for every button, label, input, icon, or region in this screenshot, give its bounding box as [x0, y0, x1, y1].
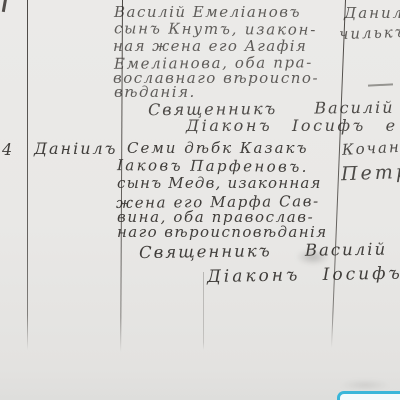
edge-ink-mark: [2, 0, 7, 12]
record2-priest-signature: Священникъ Василій О: [139, 239, 400, 262]
record2-witness-line: Петр: [341, 161, 400, 185]
record1-parents-line: ная жена его Агафія: [113, 37, 307, 55]
record2-deacon-signature: Діаконъ Іосифъ е: [207, 263, 400, 287]
record2-parents-line: Семи дѣбк Казакъ: [127, 139, 308, 157]
record2-child-name: Даніилъ: [34, 139, 117, 158]
record2-entry-number: 4: [2, 140, 12, 159]
record1-witness-line: Данил: [344, 4, 400, 22]
record2-witness-line: Кочанъ: [342, 137, 400, 159]
record2-parents-line: наго вѣроисповѣданія: [117, 223, 328, 241]
viewer-corner-button[interactable]: [337, 391, 400, 400]
record1-witness-line: чилькъ: [339, 23, 400, 43]
scanned-register-page: Василій Емеліановъ сынъ Кнутъ, изакон- н…: [0, 0, 400, 400]
table-column-rule-faint-middle: [203, 272, 204, 350]
ditto-dash-mark: [368, 83, 393, 86]
record2-parents-line: Іаковъ Парфеновъ.: [117, 156, 309, 176]
record1-deacon-signature: Діаконъ Іосифъ е: [186, 116, 398, 135]
record1-parents-line: сынъ Кнутъ, изакон-: [114, 19, 317, 38]
paper-stain: [340, 380, 390, 390]
record1-parents-line: вѣданія.: [114, 83, 196, 101]
record1-parents-line: Василій Емеліановъ: [114, 3, 301, 21]
record2-parents-line: сынъ Медв, изаконная: [117, 174, 322, 192]
table-column-rule-left: [27, 0, 28, 350]
